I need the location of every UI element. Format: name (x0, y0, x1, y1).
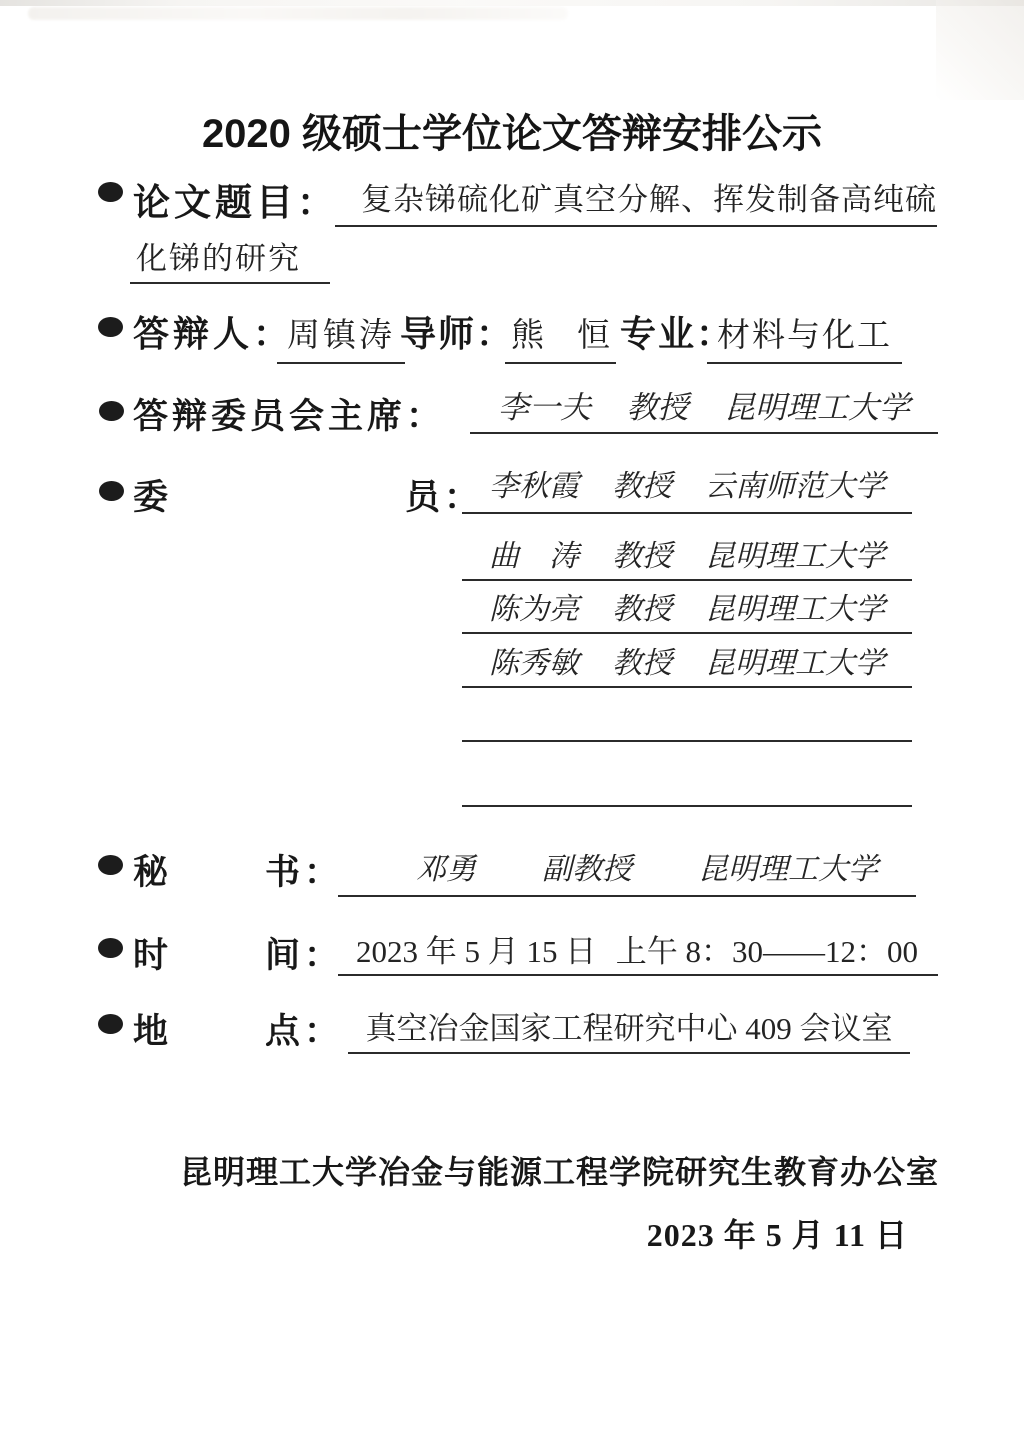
footer-date: 2023 年 5 月 11 日 (647, 1210, 908, 1256)
blank-member-line (462, 805, 912, 807)
defender-name: 周镇涛 (277, 309, 405, 364)
page-title: 2020 级硕士学位论文答辩安排公示 (0, 102, 1024, 159)
chair-affiliation: 昆明理工大学 (724, 390, 910, 426)
location-label-left: 地 (133, 1004, 172, 1054)
time-label-left: 时 (133, 928, 172, 978)
bullet-icon (99, 401, 124, 421)
bullet-icon (98, 938, 123, 958)
committee-member-row: 陈为亮 教授 昆明理工大学 (462, 591, 912, 634)
bullet-icon (98, 317, 123, 337)
supervisor-name: 熊 恒 (505, 309, 616, 364)
defender-label: 答辩人： (133, 306, 293, 357)
member-affiliation: 昆明理工大学 (705, 647, 885, 681)
bullet-icon (98, 855, 123, 875)
chair-title: 教授 (627, 390, 689, 426)
defense-notice-page: 2020 级硕士学位论文答辩安排公示 论文题目： 复杂锑硫化矿真空分解、挥发制备… (0, 0, 1024, 1448)
supervisor-label: 导师： (400, 306, 514, 357)
committee-member-row: 陈秀敏 教授 昆明理工大学 (462, 645, 912, 688)
bullet-icon (98, 1014, 123, 1034)
member-name: 曲 涛 (489, 540, 579, 574)
secretary-label-right: 书： (265, 845, 343, 895)
scan-artifact-top-edge (0, 0, 1024, 6)
thesis-title-line1: 复杂锑硫化矿真空分解、挥发制备高纯硫 (335, 174, 937, 227)
secretary-name: 邓勇 (416, 853, 476, 887)
committee-label-left: 委 (133, 470, 172, 520)
time-label-right: 间： (265, 928, 343, 978)
bullet-icon (98, 182, 123, 202)
thesis-title-line2: 化锑的研究 (130, 233, 330, 284)
time-entry: 2023 年 5 月 15 日 上午 8：30——12：00 (338, 933, 938, 976)
committee-member-row: 曲 涛 教授 昆明理工大学 (462, 538, 912, 581)
member-name: 李秋霞 (489, 470, 579, 504)
chair-name: 李一夫 (498, 390, 591, 426)
location-label-right: 点： (265, 1004, 343, 1054)
member-affiliation: 昆明理工大学 (705, 540, 885, 574)
secretary-affiliation: 昆明理工大学 (698, 853, 878, 887)
secretary-title: 副教授 (542, 853, 632, 887)
chair-entry: 李一夫 教授 昆明理工大学 (470, 388, 938, 434)
member-affiliation: 云南师范大学 (705, 470, 885, 504)
member-name: 陈秀敏 (489, 647, 579, 681)
member-title: 教授 (612, 540, 672, 574)
bullet-icon (99, 481, 124, 501)
time-date: 2023 年 5 月 15 日 (356, 935, 596, 969)
secretary-entry: 邓勇 副教授 昆明理工大学 (338, 851, 916, 897)
committee-member-row: 李秋霞 教授 云南师范大学 (462, 468, 912, 514)
scan-artifact-smudge (28, 7, 568, 20)
blank-member-line (462, 740, 912, 742)
major-name: 材料与化工 (707, 309, 902, 364)
scan-artifact-corner (936, 0, 1024, 100)
member-name: 陈为亮 (489, 593, 579, 627)
location-entry: 真空冶金国家工程研究中心 409 会议室 (348, 1010, 910, 1054)
time-range: 上午 8：30——12：00 (616, 935, 918, 969)
member-affiliation: 昆明理工大学 (705, 593, 885, 627)
footer-office: 昆明理工大学冶金与能源工程学院研究生教育办公室 (0, 1147, 1024, 1193)
secretary-label-left: 秘 (133, 845, 172, 895)
location-value: 真空冶金国家工程研究中心 409 会议室 (366, 1012, 893, 1046)
chair-label: 答辩委员会主席： (133, 389, 445, 439)
member-title: 教授 (612, 593, 672, 627)
member-title: 教授 (612, 647, 672, 681)
thesis-title-label: 论文题目： (133, 172, 338, 226)
member-title: 教授 (612, 470, 672, 504)
